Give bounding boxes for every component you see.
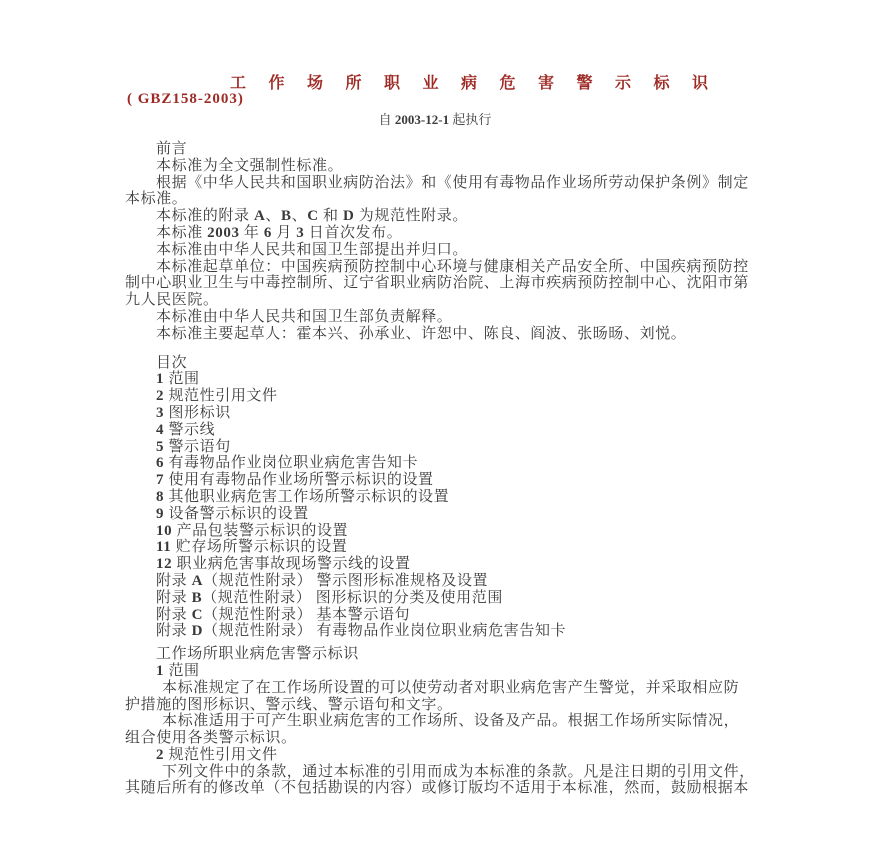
document-page: 工作场所职业病危害警示标识 ( GBZ158-2003) 自 2003-12-1… xyxy=(0,0,870,842)
document-body: 前言本标准为全文强制性标准。根据《中华人民共和国职业病防治法》和《使用有毒物品作… xyxy=(125,141,785,797)
text-line: 本标准。 xyxy=(125,191,785,208)
text-line: 本标准为全文强制性标准。 xyxy=(125,158,785,175)
text-line: 护措施的图形标识、警示线、警示语句和文字。 xyxy=(125,697,785,714)
text-line: 本标准的附录 A、B、C 和 D 为规范性附录。 xyxy=(125,208,785,225)
text-line: 9 设备警示标识的设置 xyxy=(125,506,785,523)
standard-number: ( GBZ158-2003) xyxy=(127,91,244,108)
text-line: 11 贮存场所警示标识的设置 xyxy=(125,539,785,556)
text-line: 本标准由中华人民共和国卫生部提出并归口。 xyxy=(125,242,785,259)
text-line: 3 图形标识 xyxy=(125,405,785,422)
text-line: 九人民医院。 xyxy=(125,292,785,309)
text-line: 2 规范性引用文件 xyxy=(125,747,785,764)
text-line: 本标准 2003 年 6 月 3 日首次发布。 xyxy=(125,225,785,242)
text-line: 7 使用有毒物品作业场所警示标识的设置 xyxy=(125,472,785,489)
text-line: 其随后所有的修改单（不包括勘误的内容）或修订版均不适用于本标准，然而，鼓励根据本 xyxy=(125,780,785,797)
text-line: 附录 A（规范性附录） 警示图形标准规格及设置 xyxy=(125,573,785,590)
text-line: 根据《中华人民共和国职业病防治法》和《使用有毒物品作业场所劳动保护条例》制定 xyxy=(125,175,785,192)
text-line: 目次 xyxy=(125,355,785,372)
text-line: 本标准适用于可产生职业病危害的工作场所、设备及产品。根据工作场所实际情况， xyxy=(125,713,785,730)
text-line: 5 警示语句 xyxy=(125,439,785,456)
blank-line xyxy=(125,343,785,355)
text-line: 附录 D（规范性附录） 有毒物品作业岗位职业病危害告知卡 xyxy=(125,623,785,640)
text-line: 制中心职业卫生与中毒控制所、辽宁省职业病防治院、上海市疾病预防控制中心、沈阳市第 xyxy=(125,275,785,292)
text-line: 本标准起草单位：中国疾病预防控制中心环境与健康相关产品安全所、中国疾病预防控 xyxy=(125,259,785,276)
text-line: 1 范围 xyxy=(125,663,785,680)
text-line: 10 产品包装警示标识的设置 xyxy=(125,523,785,540)
text-line: 本标准主要起草人：霍本兴、孙承业、许恕中、陈良、阎波、张旸旸、刘悦。 xyxy=(125,326,785,343)
text-line: 2 规范性引用文件 xyxy=(125,388,785,405)
text-line: 本标准规定了在工作场所设置的可以使劳动者对职业病危害产生警觉，并采取相应防 xyxy=(125,680,785,697)
text-line: 6 有毒物品作业岗位职业病危害告知卡 xyxy=(125,455,785,472)
text-line: 4 警示线 xyxy=(125,422,785,439)
text-line: 8 其他职业病危害工作场所警示标识的设置 xyxy=(125,489,785,506)
text-line: 附录 B（规范性附录） 图形标识的分类及使用范围 xyxy=(125,590,785,607)
document-title: 工作场所职业病危害警示标识 xyxy=(230,70,731,93)
effective-date: 自 2003-12-1 起执行 xyxy=(0,109,870,128)
text-line: 前言 xyxy=(125,141,785,158)
text-line: 本标准由中华人民共和国卫生部负责解释。 xyxy=(125,309,785,326)
text-line: 工作场所职业病危害警示标识 xyxy=(125,646,785,663)
text-line: 组合使用各类警示标识。 xyxy=(125,730,785,747)
text-line: 附录 C（规范性附录） 基本警示语句 xyxy=(125,607,785,624)
text-line: 下列文件中的条款，通过本标准的引用而成为本标准的条款。凡是注日期的引用文件， xyxy=(125,764,785,781)
text-line: 12 职业病危害事故现场警示线的设置 xyxy=(125,556,785,573)
text-line: 1 范围 xyxy=(125,371,785,388)
